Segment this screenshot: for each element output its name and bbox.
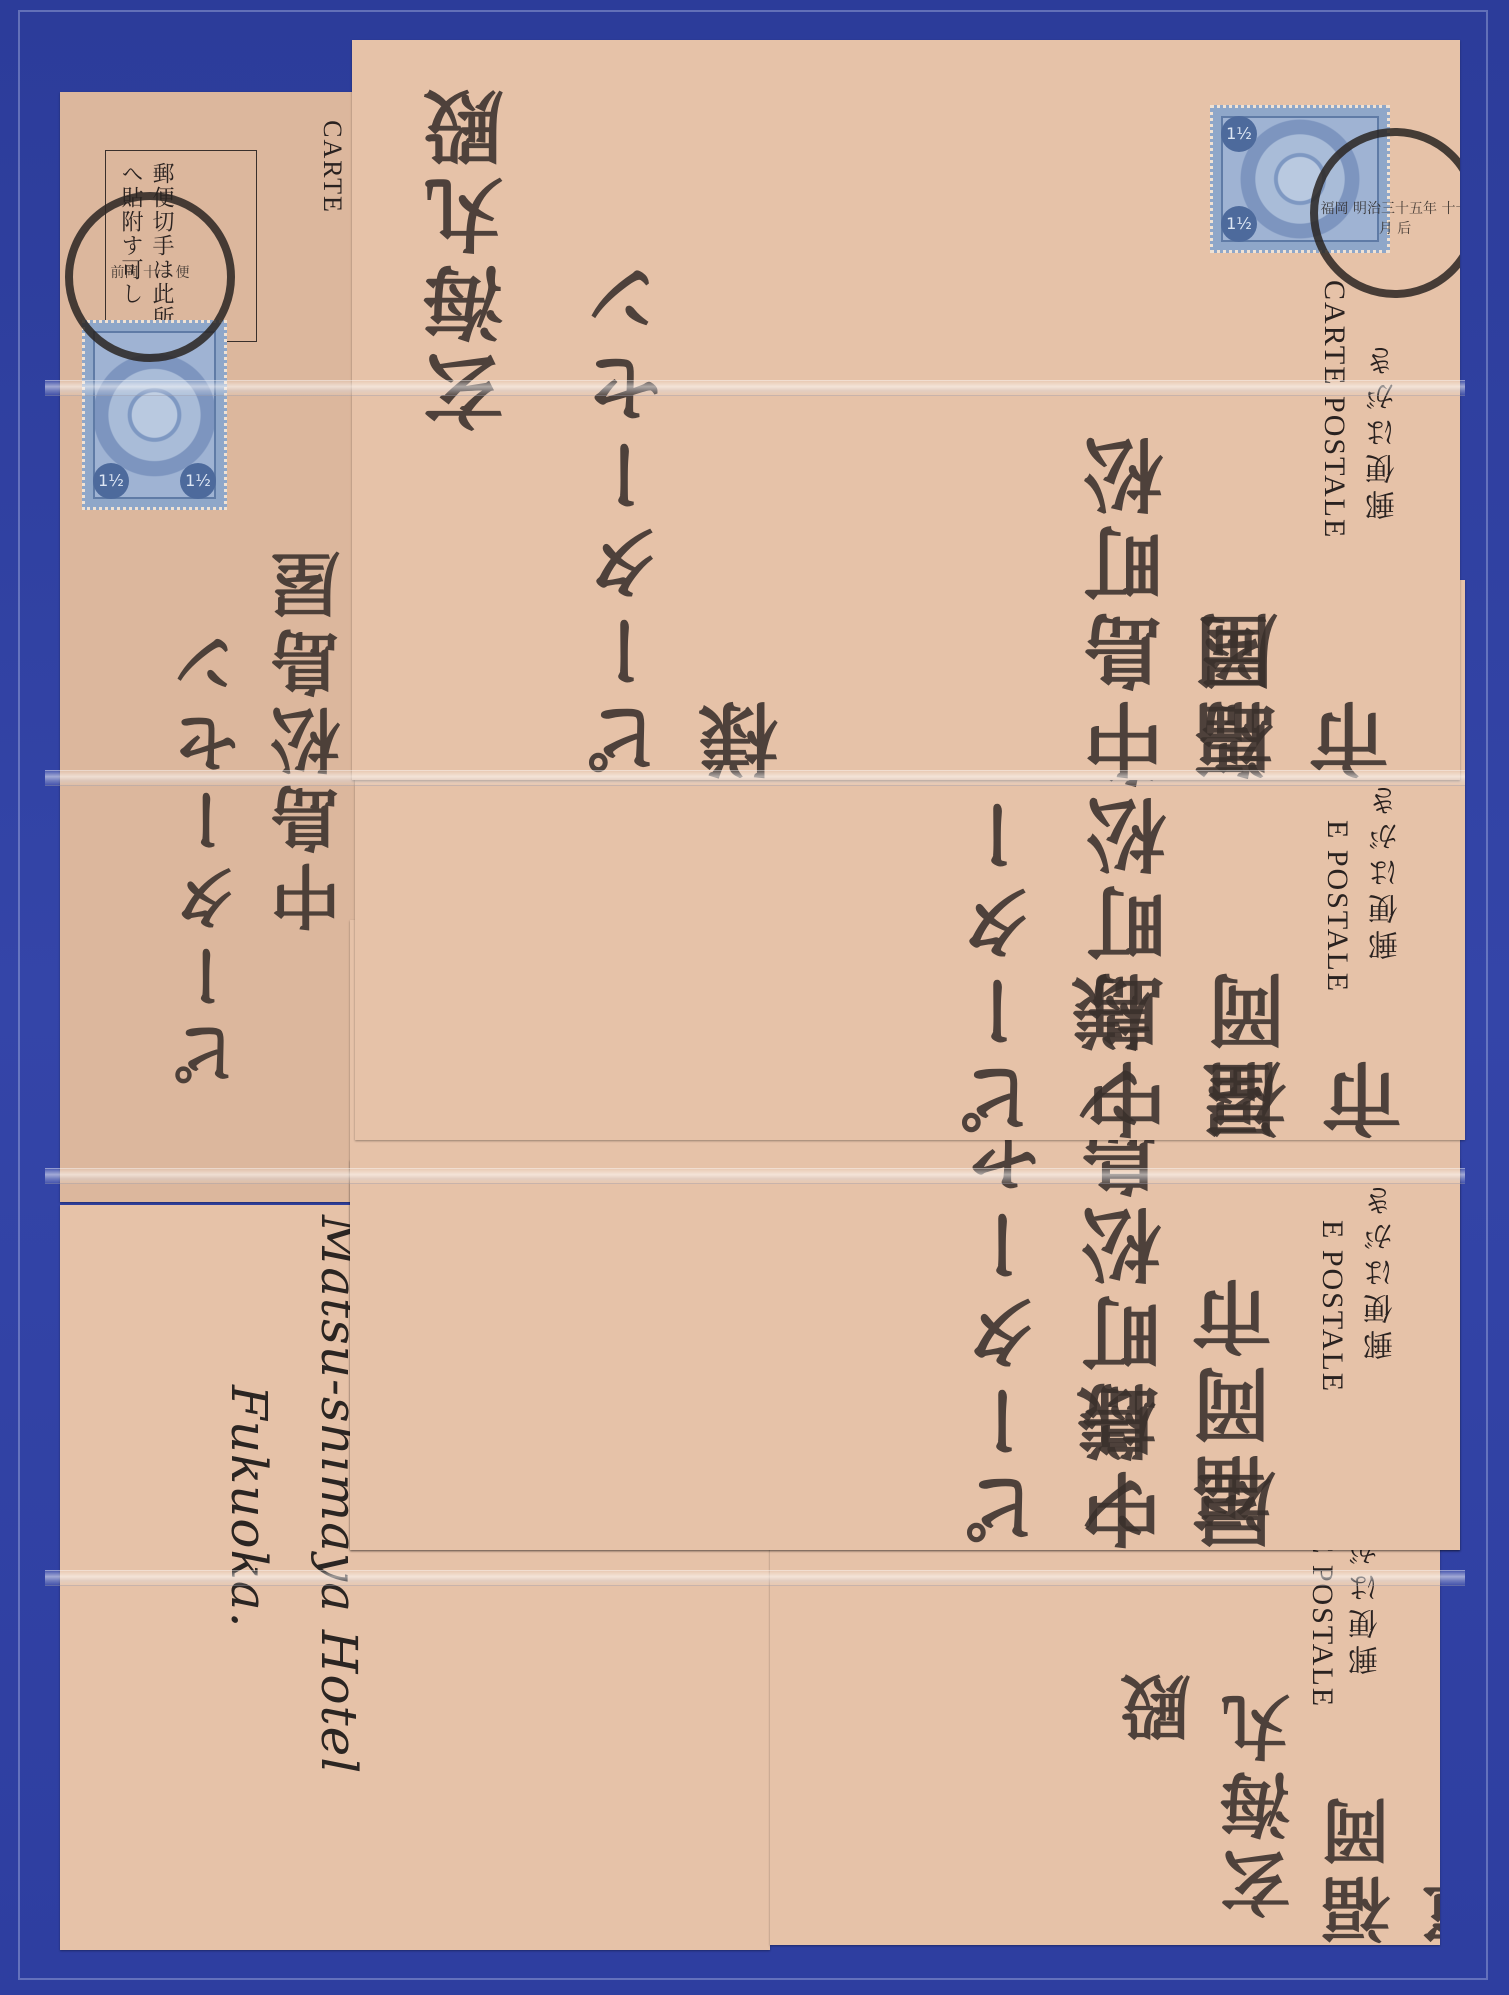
handwriting-4-3: 殿: [1110, 1665, 1211, 1743]
fr-header: E POSTALE: [1315, 1220, 1349, 1393]
stock-strip: [45, 770, 1465, 786]
fr-header: CARTE POSTALE: [1317, 280, 1351, 539]
postmark-top: 福岡 明治三十五年 十一月 后: [1310, 128, 1460, 298]
stock-album-page: 郵便切手は此所へ貼附す可し CARTE 1½ 1½ 前岡 十一 便 中島松島屋 …: [0, 0, 1509, 1995]
handwriting-top-2: 中島町松島屋: [1072, 400, 1302, 780]
stamp-value-icon: 1½: [1221, 116, 1257, 152]
carte-postale-partial: CARTE: [317, 120, 347, 214]
postmark-left: 前岡 十一 便: [65, 192, 235, 362]
stamp-value-icon: 1½: [93, 463, 129, 499]
stock-strip: [45, 1168, 1465, 1184]
handwriting-4-2: 玄海丸: [1210, 1685, 1311, 1919]
stock-strip: [45, 1570, 1465, 1586]
jp-header: 郵便はがき: [1360, 1180, 1404, 1360]
handwriting-left-1: 中島松島屋: [260, 542, 361, 932]
stock-strip: [45, 380, 1465, 396]
address-line-city: Fukuoka.: [220, 1385, 278, 1629]
postcard-top: 1½ 1½ 福岡 明治三十五年 十一月 后 郵便はがき CARTE POSTAL…: [352, 40, 1460, 780]
fr-header: E POSTALE: [1305, 1535, 1339, 1708]
handwriting-left-2: ピーターセン: [160, 622, 261, 1090]
jp-header: 郵便はがき: [1362, 340, 1406, 520]
handwriting-top-3: ピーターセン様: [572, 220, 802, 780]
handwriting-4-1: 福岡軍: [1310, 1785, 1440, 1945]
